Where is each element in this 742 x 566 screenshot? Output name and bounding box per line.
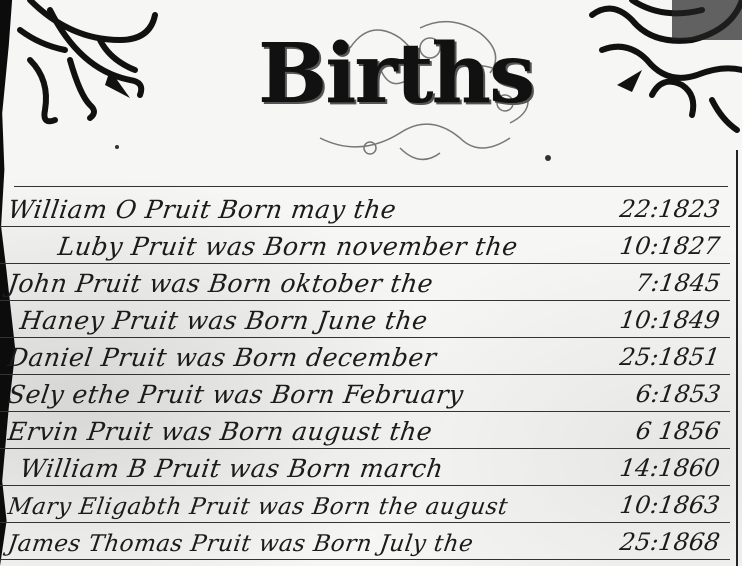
- entry-date: 25:1868: [618, 528, 722, 556]
- page-title: Births: [258, 26, 533, 122]
- birth-entry: Daniel Pruit was Born december 25:1851: [0, 338, 730, 375]
- entry-text: Haney Pruit was Born June the: [6, 306, 430, 337]
- ornament-left-icon: [10, 0, 180, 150]
- entry-date: 10:1827: [618, 232, 722, 260]
- entry-date: 25:1851: [618, 343, 722, 371]
- birth-entry: James Thomas Pruit was Born July the 25:…: [0, 523, 730, 560]
- entry-date: 14:1860: [618, 454, 722, 482]
- entry-date: 10:1863: [618, 491, 722, 519]
- birth-entry: William B Pruit was Born march 14:1860: [0, 449, 730, 486]
- entry-date: 6 1856: [634, 417, 722, 445]
- entry-date: 6:1853: [634, 380, 722, 408]
- birth-entry: Luby Pruit was Born november the 10:1827: [0, 227, 730, 264]
- entry-date: 10:1849: [618, 306, 722, 334]
- birth-entry: Sely ethe Pruit was Born February 6:1853: [0, 375, 730, 412]
- title-block: Births: [250, 8, 550, 168]
- entry-text: Sely ethe Pruit was Born February: [6, 380, 466, 411]
- entry-text: James Thomas Pruit was Born July the: [6, 531, 475, 559]
- entry-text: Ervin Pruit was Born august the: [6, 417, 434, 448]
- birth-entry: John Pruit was Born oktober the 7:1845: [0, 264, 730, 301]
- entry-text: William B Pruit was Born march: [6, 454, 446, 485]
- document-page: Births William O Pruit Born may the 22:1…: [0, 0, 742, 566]
- entry-text: John Pruit was Born oktober the: [6, 269, 435, 300]
- ornament-right-icon: [572, 0, 742, 150]
- birth-entry: William O Pruit Born may the 22:1823: [0, 190, 730, 227]
- ink-speck: [115, 145, 119, 149]
- birth-entry: Ervin Pruit was Born august the 6 1856: [0, 412, 730, 449]
- ink-speck: [545, 155, 551, 161]
- birth-entry: Mary Eligabth Pruit was Born the august …: [0, 486, 730, 523]
- entry-text: Luby Pruit was Born november the: [6, 232, 520, 263]
- entry-date: 7:1845: [634, 269, 722, 297]
- entry-text: William O Pruit Born may the: [6, 195, 399, 226]
- entry-date: 22:1823: [618, 195, 722, 223]
- entry-text: Mary Eligabth Pruit was Born the august: [6, 494, 510, 522]
- birth-entries-list: William O Pruit Born may the 22:1823 Lub…: [0, 190, 730, 560]
- birth-entry: Haney Pruit was Born June the 10:1849: [0, 301, 730, 338]
- right-page-border: [736, 150, 738, 566]
- entry-text: Daniel Pruit was Born december: [6, 343, 439, 374]
- top-ruled-line: [14, 186, 728, 187]
